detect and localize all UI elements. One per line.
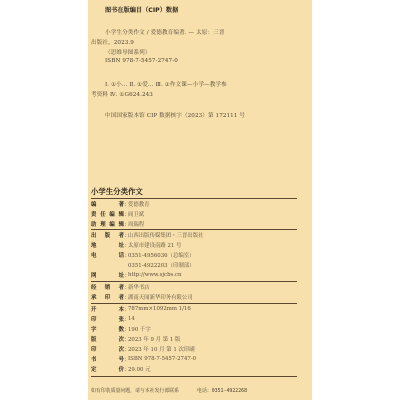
colophon-row-printing: 印次：2023 年 10 月 第 1 次印刷 bbox=[91, 344, 195, 354]
row-label: 开本 bbox=[91, 305, 124, 313]
colophon-row-publisher: 出版者：山西出版传媒集团・三晋出版社 bbox=[91, 230, 203, 240]
cip-isbn-line: ISBN 978-7-5457-2747-0 bbox=[105, 58, 178, 64]
cip-entry-line: 小学生分类作文 / 爱德教育编著. — 太原：三晋 bbox=[105, 28, 225, 36]
colophon-row-printer: 承印者：湖南天闻新华印务有限公司 bbox=[91, 292, 193, 302]
cip-classification-line: 考资料 Ⅳ. ①G624.243 bbox=[91, 90, 153, 98]
row-value: 太原市建设南路 21 号 bbox=[128, 241, 181, 249]
row-value: 787mm×1092mm 1/16 bbox=[128, 306, 191, 312]
row-label: 书号 bbox=[91, 355, 124, 363]
colophon-row-edition: 版次：2023 年 9 月 第 1 版 bbox=[91, 334, 180, 344]
row-value: 190 千字 bbox=[128, 325, 151, 333]
divider bbox=[91, 376, 297, 377]
row-label: 助理编辑 bbox=[91, 220, 124, 228]
copyright-page: 图书在版编目（CIP）数据 小学生分类作文 / 爱德教育编著. — 太原：三晋 … bbox=[88, 0, 312, 400]
row-label: 编著 bbox=[91, 200, 124, 208]
row-label: 责任编辑 bbox=[91, 210, 124, 218]
row-value: 2023 年 10 月 第 1 次印刷 bbox=[128, 345, 195, 353]
quality-notice: 如有印装质量问题，请与本社发行部联系电话：0351-4922268 bbox=[91, 387, 265, 394]
row-label: 电话 bbox=[91, 251, 124, 259]
row-value: 爱德教育 bbox=[128, 200, 150, 208]
row-value: 14 bbox=[128, 316, 135, 322]
row-label: 地址 bbox=[91, 241, 124, 249]
cip-entry-line: 出版社，2023.9 bbox=[91, 38, 134, 46]
colophon-row-distributor: 经销者：新华书店 bbox=[91, 282, 150, 292]
row-label: 版次 bbox=[91, 335, 124, 343]
colophon-row-author: 编著：爱德教育 bbox=[91, 199, 150, 209]
quality-notice-text: 如有印装质量问题，请与本社发行部联系 bbox=[91, 388, 179, 394]
row-value: 0351-4922203（印制部） bbox=[128, 261, 195, 269]
row-value: 阎卫斌 bbox=[128, 210, 144, 218]
website-link[interactable]: http://www.sjcbs.cn bbox=[128, 272, 182, 278]
colophon-row-word-count: 字数：190 千字 bbox=[91, 324, 151, 334]
colophon-row-assistant-editor: 助理编辑：周瑞程 bbox=[91, 219, 144, 229]
colophon-row-price: 定价：29.00 元 bbox=[91, 364, 151, 374]
colophon-row-phone: 电话：0351-4956036（总编室） bbox=[91, 250, 195, 260]
colophon-row-phone-2: 0351-4922203（印制部） bbox=[91, 260, 195, 270]
row-value: 29.00 元 bbox=[128, 365, 151, 373]
row-value: 0351-4956036（总编室） bbox=[128, 251, 195, 259]
row-label: 印张 bbox=[91, 315, 124, 323]
row-label: 出版者 bbox=[91, 231, 124, 239]
colophon-row-editor: 责任编辑：阎卫斌 bbox=[91, 209, 144, 219]
row-value: 山西出版传媒集团・三晋出版社 bbox=[128, 231, 203, 239]
colophon-row-sheets: 印张：14 bbox=[91, 314, 135, 324]
row-label: 印次 bbox=[91, 345, 124, 353]
colophon-row-website: 网址：http://www.sjcbs.cn bbox=[91, 270, 182, 280]
cip-series-line: （思维导图系列） bbox=[105, 48, 151, 56]
row-label: 网址 bbox=[91, 271, 124, 279]
colophon-row-format: 开本：787mm×1092mm 1/16 bbox=[91, 304, 191, 314]
cip-heading: 图书在版编目（CIP）数据 bbox=[105, 5, 178, 14]
row-value: 湖南天闻新华印务有限公司 bbox=[128, 293, 193, 301]
row-label: 字数 bbox=[91, 325, 124, 333]
row-label: 经销者 bbox=[91, 283, 124, 291]
row-value: ISBN 978-7-5457-2747-0 bbox=[128, 356, 196, 362]
cip-record-number: 中国国家版本馆 CIP 数据核字（2023）第 172111 号 bbox=[105, 111, 245, 119]
row-value: 周瑞程 bbox=[128, 220, 144, 228]
colophon-row-isbn: 书号：ISBN 978-7-5457-2747-0 bbox=[91, 354, 196, 364]
cip-classification-line: Ⅰ. ①小… Ⅱ. ①爱… Ⅲ. ①作文课—小学—教学参 bbox=[105, 80, 227, 88]
row-label: 定价 bbox=[91, 365, 124, 373]
row-value: 新华书店 bbox=[128, 283, 150, 291]
quality-notice-phone: 电话：0351-4922268 bbox=[197, 388, 247, 394]
colophon-row-address: 地址：太原市建设南路 21 号 bbox=[91, 240, 181, 250]
book-title: 小学生分类作文 bbox=[91, 186, 143, 197]
row-label: 承印者 bbox=[91, 293, 124, 301]
row-value: 2023 年 9 月 第 1 版 bbox=[128, 335, 180, 343]
